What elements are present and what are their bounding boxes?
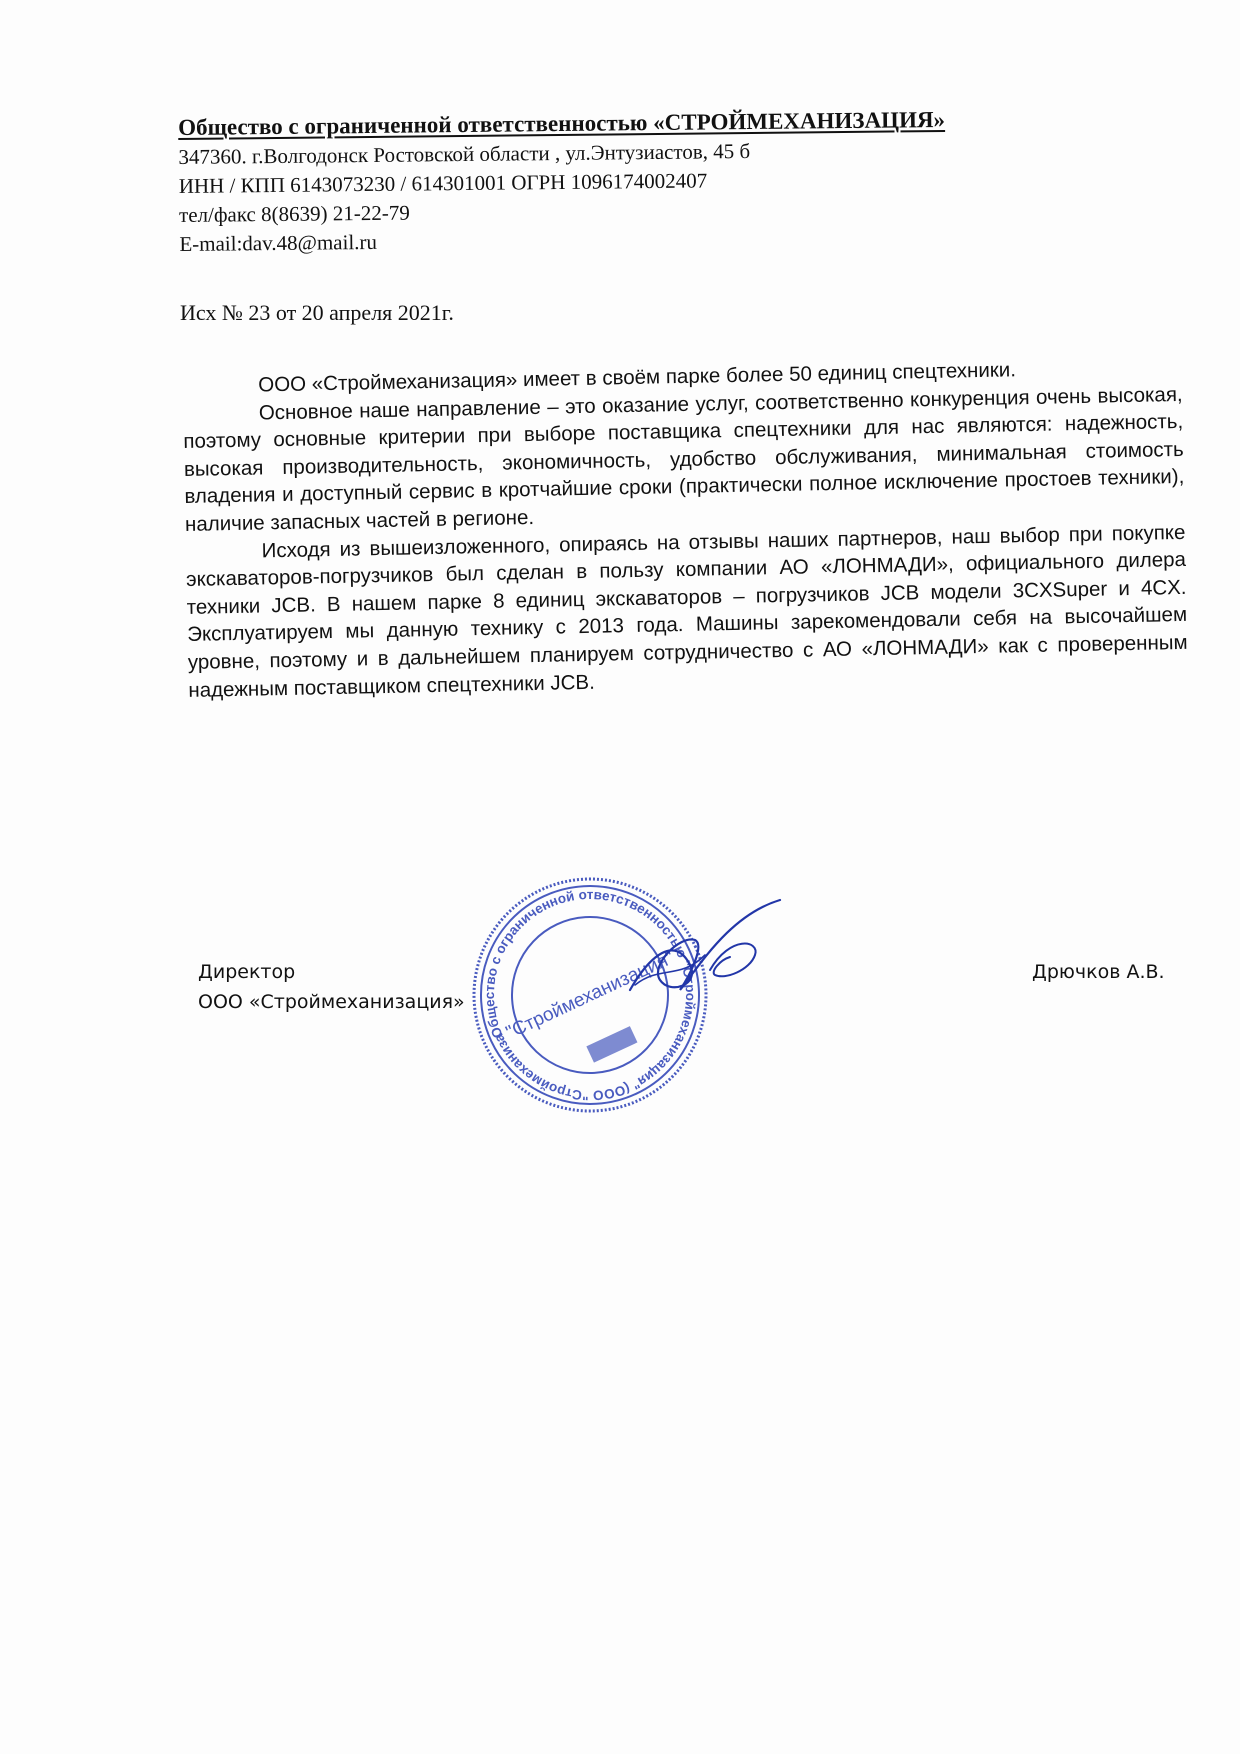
signatory-company: ООО «Строймеханизация» <box>198 987 465 1017</box>
outgoing-reference: Исх № 23 от 20 апреля 2021г. <box>180 300 454 326</box>
signatory-block: Директор ООО «Строймеханизация» <box>198 957 465 1017</box>
paragraph: Основное наше направление – это оказание… <box>183 381 1186 539</box>
letterhead: Общество с ограниченной ответственностью… <box>178 104 1059 259</box>
paragraph: Исходя из вышеизложенного, опираясь на о… <box>185 518 1188 704</box>
signatory-name: Дрючков А.В. <box>1032 961 1165 983</box>
letter-body: ООО «Строймеханизация» имеет в своём пар… <box>182 353 1188 704</box>
signatory-position: Директор <box>198 957 465 987</box>
letter-page: Общество с ограниченной ответственностью… <box>0 0 1240 1754</box>
handwritten-signature-icon <box>620 895 790 1015</box>
